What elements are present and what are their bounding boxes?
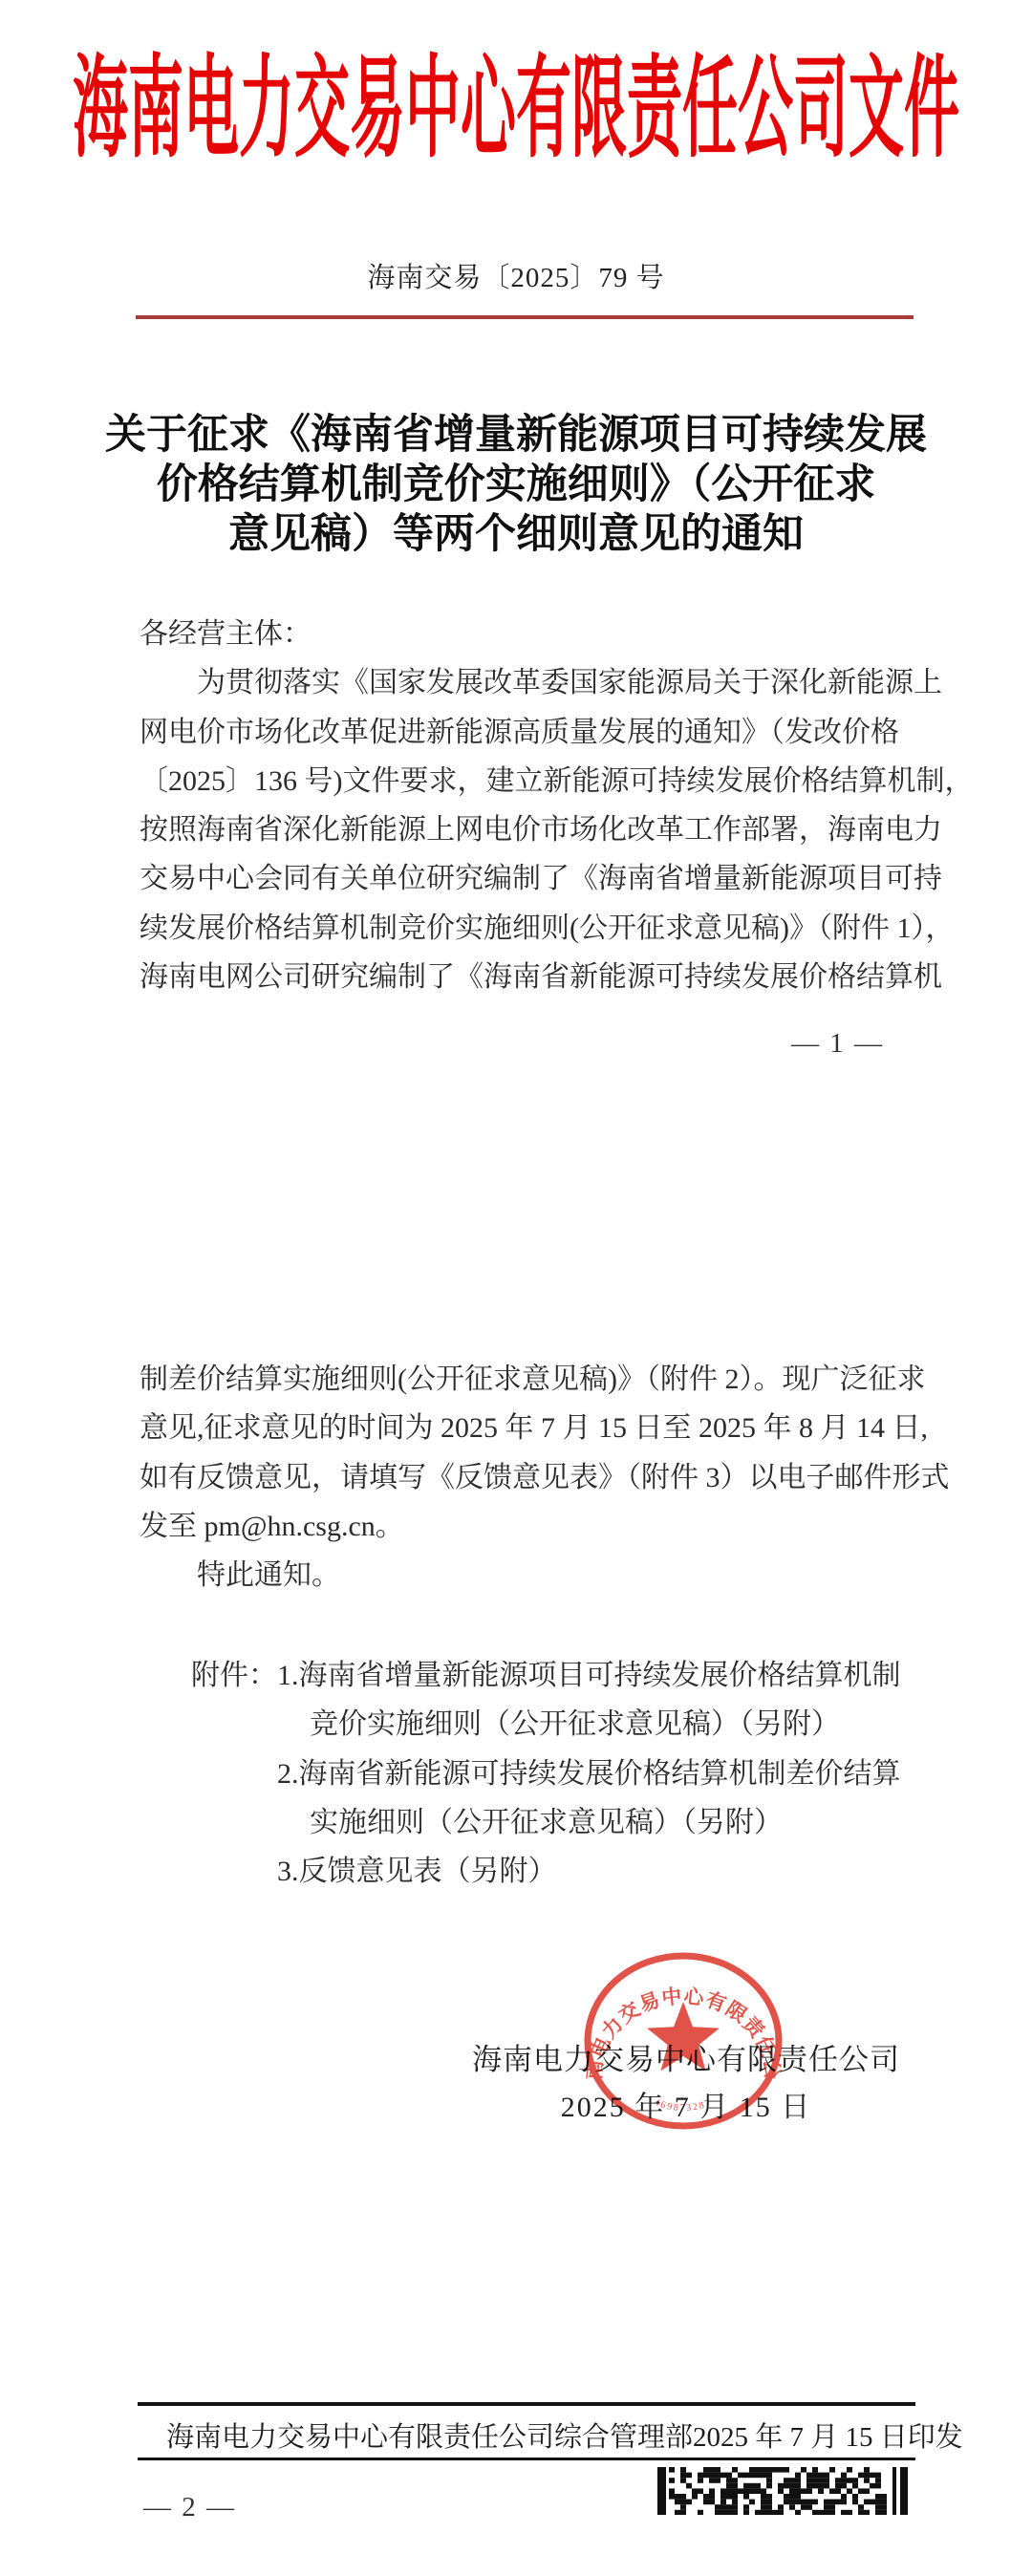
issuing-department: 海南电力交易中心有限责任公司综合管理部 [138,2415,693,2455]
print-date: 2025 年 7 月 15 日印发 [693,2415,984,2455]
attachment-item-2-cont: 实施细则（公开征求意见稿）（另附） [191,1798,936,1847]
body-line: 按照海南省深化新能源上网电价市场化改革工作部署，海南电力 [140,805,923,854]
body-line: 发至 pm@hn.csg.cn。 [140,1502,923,1551]
attachment-list: 附件：1.海南省增量新能源项目可持续发展价格结算机制 竞价实施细则（公开征求意见… [191,1651,936,1896]
attachment-item-1: 1.海南省增量新能源项目可持续发展价格结算机制 [277,1660,901,1691]
body-line: 为贯彻落实《国家发展改革委国家能源局关于深化新能源上 [140,658,923,707]
notice-title-line-3: 意见稿）等两个细则意见的通知 [0,510,1032,560]
body-line: 网电价市场化改革促进新能源高质量发展的通知》（发改价格 [140,708,923,757]
seal-code: 469873287 [653,2097,714,2114]
body-line: 〔2025〕136 号)文件要求，建立新能源可持续发展价格结算机制， [140,757,923,805]
svg-text:469873287: 469873287 [653,2097,714,2114]
salutation: 各经营主体： [140,610,923,658]
body-page-1: 各经营主体： 为贯彻落实《国家发展改革委国家能源局关于深化新能源上 网电价市场化… [140,610,923,1001]
star-icon [647,2002,720,2071]
footer-divider-top [138,2402,915,2406]
letterhead-text: 海南电力交易中心有限责任公司文件 [73,54,959,165]
body-line: 交易中心会同有关单位研究编制了《海南省增量新能源项目可持 [140,854,923,903]
red-letterhead-title: 海南电力交易中心有限责任公司文件 [0,82,1032,138]
body-line: 制差价结算实施细则(公开征求意见稿)》（附件 2）。现广泛征求 [140,1355,923,1404]
attachment-line-1: 附件：1.海南省增量新能源项目可持续发展价格结算机制 [191,1651,936,1700]
company-seal: 海南电力交易中心有限责任公司 469873287 [576,1947,790,2135]
notice-title-line-2: 价格结算机制竞价实施细则》（公开征求 [0,461,1032,510]
body-line: 海南电网公司研究编制了《海南省新能源可持续发展价格结算机 [140,953,923,1001]
document-number: 海南交易〔2025〕79 号 [0,256,1032,295]
body-line: 如有反馈意见，请填写《反馈意见表》（附件 3）以电子邮件形式 [140,1453,923,1502]
barcode [657,2467,908,2515]
red-divider-line [136,315,914,319]
body-page-2: 制差价结算实施细则(公开征求意见稿)》（附件 2）。现广泛征求 意见,征求意见的… [140,1355,923,1599]
attachment-label: 附件： [191,1660,277,1691]
page-number-2: — 2 — [143,2492,236,2523]
colophon: 海南电力交易中心有限责任公司综合管理部 2025 年 7 月 15 日印发 [138,2414,915,2456]
notice-title-line-1: 关于征求《海南省增量新能源项目可持续发展 [0,411,1032,461]
notice-title: 关于征求《海南省增量新能源项目可持续发展 价格结算机制竞价实施细则》（公开征求 … [0,411,1032,560]
attachment-item-2: 2.海南省新能源可持续发展价格结算机制差价结算 [191,1750,936,1798]
document-page: 海南电力交易中心有限责任公司文件 海南交易〔2025〕79 号 关于征求《海南省… [0,0,1032,2576]
closing-line: 特此通知。 [140,1551,923,1599]
footer-divider-bottom [138,2458,915,2460]
body-line: 意见,征求意见的时间为 2025 年 7 月 15 日至 2025 年 8 月 … [140,1404,923,1452]
page-number-1: — 1 — [791,1028,884,1060]
body-line: 续发展价格结算机制竞价实施细则(公开征求意见稿)》（附件 1）， [140,904,923,953]
attachment-item-1-cont: 竞价实施细则（公开征求意见稿）（另附） [191,1700,936,1749]
attachment-item-3: 3.反馈意见表（另附） [191,1847,936,1896]
